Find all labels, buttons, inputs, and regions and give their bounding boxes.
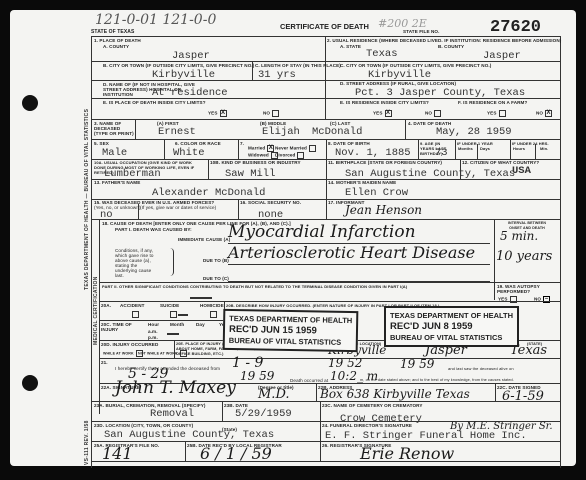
registrar-file-value: 141	[102, 447, 133, 460]
residence-county-label: b. COUNTY	[438, 44, 464, 49]
interval-b-value: 10 years	[496, 250, 552, 263]
rule	[91, 441, 561, 442]
rule	[326, 139, 327, 199]
last-seen-year: 19 59	[400, 358, 434, 371]
residence-street-label: d. STREET ADDRESS (If rural, give locati…	[340, 81, 456, 86]
rule	[91, 119, 561, 120]
marital-married[interactable]: MarriedX	[248, 145, 274, 152]
rule	[238, 139, 239, 159]
burial-location-label: 23d. LOCATION (City, town, or county)	[94, 423, 193, 428]
rule	[91, 401, 561, 402]
physician-signature: John T. Maxey	[115, 382, 236, 395]
rule	[252, 61, 253, 80]
dob-value: Nov. 1, 1885	[335, 148, 411, 159]
marital-never-married[interactable]: Never Married	[275, 145, 316, 152]
rule	[325, 61, 561, 62]
dob-label: 8. DATE OF BIRTH	[328, 141, 370, 146]
received-stamp-jun8: TEXAS DEPARTMENT OF HEALTH REC'D JUN 8 1…	[384, 306, 519, 347]
brace	[170, 248, 174, 276]
rule	[164, 139, 165, 159]
hours-col: Hours	[513, 146, 525, 151]
place-of-death-label: 1. PLACE OF DEATH	[94, 38, 141, 43]
race-value: White	[173, 148, 205, 159]
rule	[99, 320, 224, 321]
death-inside-no[interactable]: NO	[263, 110, 279, 117]
marital-widowed[interactable]: Widowed	[248, 152, 278, 159]
form-top-border	[91, 36, 561, 37]
date-received-value: 6 / 1 / 59	[200, 447, 272, 460]
rule	[494, 219, 495, 300]
burial-date-value: 5/29/1959	[235, 409, 292, 420]
department-side-label: TEXAS DEPARTMENT OF HEALTH — BUREAU OF V…	[84, 109, 90, 290]
part1-label: PART I. DEATH WAS CAUSED BY:	[115, 227, 192, 232]
armed-sub2: (If yes, give war or dates of service)	[140, 205, 216, 210]
cert-number-label: 21.	[101, 360, 108, 365]
due-to-b-label: DUE TO (b)	[203, 258, 229, 263]
day-col: Day	[196, 322, 205, 327]
homicide-checkbox[interactable]	[210, 311, 217, 318]
rule	[91, 61, 325, 62]
mother-label: 14. MOTHER'S MAIDEN NAME	[328, 180, 396, 185]
time-dash	[167, 333, 179, 335]
funeral-director-label: 24. FUNERAL DIRECTOR'S SIGNATURE	[322, 423, 412, 428]
death-city-label: b. CITY OR TOWN (If outside city limits,…	[103, 63, 254, 68]
residence-farm-no[interactable]: NOX	[536, 110, 552, 117]
death-county-label: a. COUNTY	[103, 44, 129, 49]
rule	[91, 80, 325, 81]
injury-type-label: 20a.	[101, 303, 111, 308]
physician-address: Box 638 Kirbyville Texas	[320, 388, 470, 401]
rule	[174, 340, 175, 358]
birthplace-label: 11. BIRTHPLACE (State or foreign country…	[328, 160, 442, 165]
rule	[326, 199, 327, 219]
father-value: Alexander McDonald	[152, 188, 265, 199]
suicide-label: SUICIDE	[160, 303, 179, 308]
rule	[495, 383, 496, 401]
injury-occurred-label: 20d. INJURY OCCURRED	[101, 342, 158, 347]
rule	[222, 401, 223, 421]
revision-side-label: VS-111 REV. 1/58	[84, 420, 90, 465]
residence-inside-yes[interactable]: YESX	[373, 110, 392, 117]
last-seen-text: and last saw the deceased alive on	[448, 366, 514, 371]
length-of-stay-label: c. LENGTH OF STAY (in this place)	[255, 63, 341, 68]
mother-value: Ellen Crow	[345, 188, 408, 199]
death-inside-limits-label: e. IS PLACE OF DEATH INSIDE CITY LIMITS?	[103, 100, 206, 105]
state-of-texas-label: STATE OF TEXAS	[91, 30, 134, 35]
due-to-c-label: DUE TO (c)	[203, 276, 229, 281]
rule	[99, 301, 561, 302]
burial-type-value: Removal	[150, 409, 194, 420]
marital-label: 7.	[240, 141, 244, 146]
immediate-cause-label: IMMEDIATE CAUSE (a)	[178, 237, 230, 242]
days-col: Days	[480, 146, 490, 151]
received-stamp-jun15: TEXAS DEPARTMENT OF HEALTH REC'D JUN 15 …	[223, 309, 359, 352]
binder-hole-top	[22, 95, 38, 111]
middle-name-value: Elijah	[262, 127, 300, 138]
business-label: 10b. KIND OF BUSINESS OR INDUSTRY	[210, 160, 301, 165]
rule	[208, 159, 209, 179]
rule	[510, 139, 511, 159]
divider-place-residence	[325, 36, 326, 120]
date-of-death-value: May, 28 1959	[436, 127, 512, 138]
am-label: a.m.	[148, 329, 158, 334]
rule	[320, 401, 321, 461]
due-to-b-value: Arteriosclerotic Heart Disease	[228, 246, 475, 259]
rule	[138, 204, 139, 219]
registrar-signature: Erie Renow	[360, 447, 454, 460]
rule	[316, 383, 317, 401]
interval-a-value: 5 min.	[500, 230, 538, 243]
citizen-value: USA	[512, 166, 531, 177]
hour-col: Hour	[148, 322, 159, 327]
name-of-deceased-label: 3. NAME OF DECEASED (Type or print)	[94, 121, 134, 136]
marital-divorced[interactable]: Divorced	[275, 152, 304, 159]
suicide-dash	[178, 314, 188, 316]
residence-inside-no[interactable]: NO	[425, 110, 441, 117]
cemetery-label: 23c. NAME OF CEMETERY OR CREMATORY	[322, 403, 423, 408]
handwritten-codes: 121-0-01 121-0-0	[95, 14, 216, 27]
informant-signature: Jean Henson	[345, 204, 422, 217]
rule	[325, 98, 561, 99]
part2-dash	[190, 297, 212, 299]
race-label: 6. COLOR OR RACE	[175, 141, 221, 146]
rule	[405, 119, 406, 139]
form-left-border	[91, 36, 92, 468]
accident-checkbox[interactable]	[132, 311, 139, 318]
residence-farm-label: f. IS RESIDENCE ON A FARM?	[458, 100, 527, 105]
ssn-label: 16. SOCIAL SECURITY NO.	[240, 200, 301, 205]
rule	[228, 264, 490, 265]
father-label: 13. FATHER'S NAME	[94, 180, 140, 185]
rule	[99, 282, 561, 283]
burial-location-value: San Augustine County, Texas	[104, 430, 274, 441]
form-right-border	[560, 36, 561, 468]
age-value: 73	[435, 148, 448, 159]
autopsy-label: 19. WAS AUTOPSY PERFORMED?	[497, 284, 552, 294]
residence-farm-yes[interactable]: YES	[487, 110, 506, 117]
rule	[418, 139, 419, 159]
months-col: Months	[458, 146, 473, 151]
sex-label: 5. SEX	[94, 141, 109, 146]
residence-city-label: c. CITY OR TOWN (If outside city limits,…	[340, 63, 491, 68]
medical-inner-border	[99, 219, 100, 414]
state-file-number: 27620	[490, 18, 541, 37]
binder-hole-bottom	[22, 375, 38, 391]
residence-inside-limits-label: e. IS RESIDENCE INSIDE CITY LIMITS?	[340, 100, 429, 105]
month-col: Month	[170, 322, 184, 327]
accident-label: ACCIDENT	[120, 303, 145, 308]
residence-label: 2. USUAL RESIDENCE (Where deceased lived…	[327, 38, 561, 43]
rule	[455, 139, 456, 159]
immediate-cause-value: Myocardial Infarction	[228, 226, 416, 239]
rule	[135, 119, 136, 139]
form-bottom-border	[91, 461, 561, 462]
certificate-title: CERTIFICATE OF DEATH	[280, 22, 369, 31]
rule	[238, 199, 239, 219]
rule	[91, 98, 325, 99]
last-name-value: McDonald	[312, 127, 362, 138]
min-col: Min.	[540, 146, 548, 151]
state-file-label: STATE FILE NO.	[403, 29, 439, 34]
death-inside-yes[interactable]: YESX	[208, 110, 227, 117]
sex-value: Male	[102, 148, 127, 159]
while-at-work[interactable]: WHILE AT WORK	[103, 350, 143, 357]
degree-value: M.D.	[258, 388, 290, 401]
residence-state-value: Texas	[366, 49, 398, 60]
part2-label: PART II. OTHER SIGNIFICANT CONDITIONS CO…	[102, 284, 407, 289]
time-of-injury-label: 20c. TIME OF INJURY	[101, 322, 141, 332]
rule	[185, 441, 186, 461]
suicide-checkbox[interactable]	[170, 311, 177, 318]
rule	[477, 144, 478, 159]
rule	[460, 159, 461, 179]
first-name-value: Ernest	[158, 127, 196, 138]
residence-state-label: a. STATE	[340, 44, 361, 49]
rule	[535, 144, 536, 159]
attended-to-year: 19 59	[240, 370, 274, 383]
rule	[91, 179, 561, 180]
rule	[91, 219, 561, 220]
homicide-label: HOMICIDE	[200, 303, 224, 308]
conditions-note: Conditions, if any, which gave rise to a…	[115, 248, 155, 278]
